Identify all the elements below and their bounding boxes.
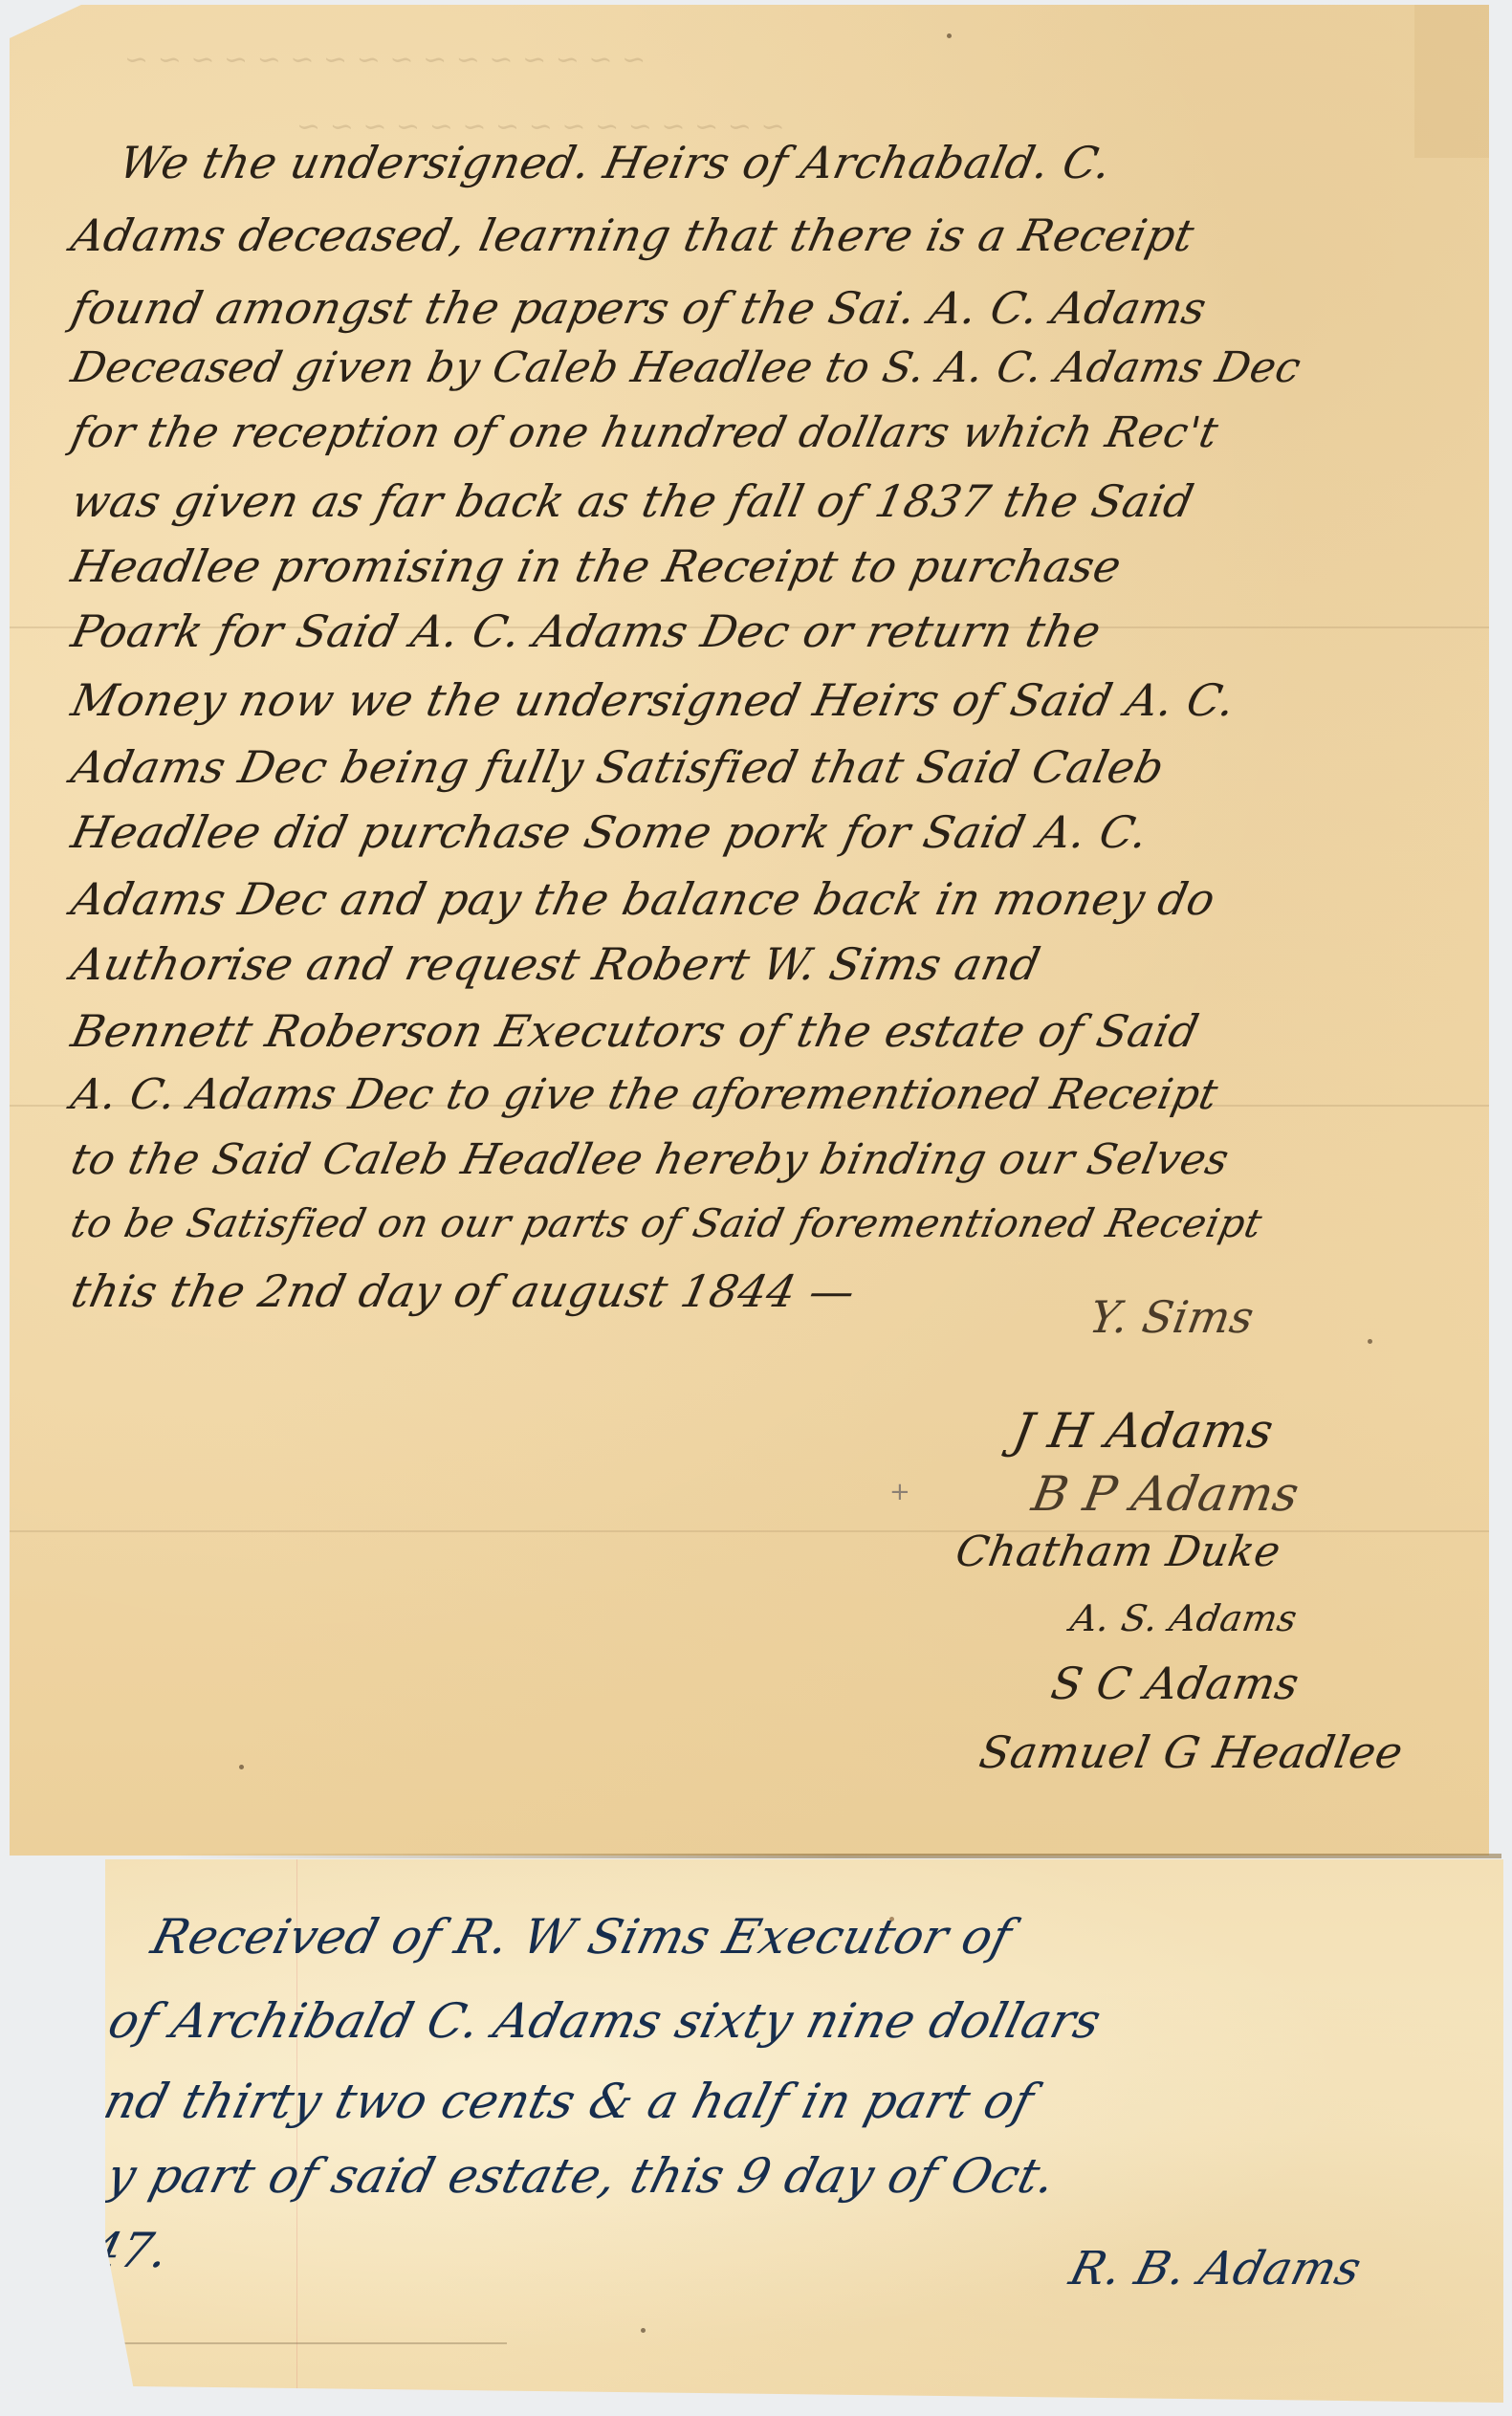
signature-b-p-adams: B P Adams <box>1028 1466 1304 1522</box>
pin-mark: + <box>889 1478 910 1506</box>
body-line-14: Bennett Roberson Executors of the estate… <box>67 1005 1203 1057</box>
sheet-junction <box>172 1854 1501 1858</box>
body-line-15: A. C. Adams Dec to give the aforemention… <box>67 1070 1222 1119</box>
body-line-4: Deceased given by Caleb Headlee to S. A.… <box>67 343 1305 392</box>
signature-j-h-adams: J H Adams <box>1009 1403 1278 1459</box>
body-line-9: Money now we the undersigned Heirs of Sa… <box>67 674 1240 726</box>
body-line-1: We the undersigned. Heirs of Archabald. … <box>115 137 1116 188</box>
receipt-line-1: Received of R. W Sims Executor of <box>146 1909 1018 1965</box>
signature-samuel-g-headlee: Samuel G Headlee <box>975 1726 1407 1778</box>
document-main-sheet: ~ ~ ~ ~ ~ ~ ~ ~ ~ ~ ~ ~ ~ ~ ~ ~ ~ ~ ~ ~ … <box>10 5 1489 1856</box>
receipt-signature-r-b-adams: R. B. Adams <box>1064 2242 1367 2295</box>
body-line-5: for the reception of one hundred dollars… <box>67 408 1222 457</box>
body-line-10: Adams Dec being fully Satisfied that Sai… <box>67 741 1169 793</box>
signature-a-s-adams: A. S. Adams <box>1067 1597 1301 1639</box>
body-line-17: to be Satisfied on our parts of Said for… <box>67 1200 1266 1246</box>
body-line-11: Headlee did purchase Some pork for Said … <box>67 806 1153 858</box>
body-line-16: to the Said Caleb Headlee hereby binding… <box>67 1135 1234 1184</box>
paper-discoloration <box>1414 5 1489 158</box>
body-line-7: Headlee promising in the Receipt to purc… <box>67 540 1126 592</box>
receipt-line-3: and thirty two cents & a half in part of <box>70 2074 1040 2129</box>
paper-speck <box>641 2328 646 2333</box>
body-line-3: found amongst the papers of the Sai. A. … <box>67 282 1212 334</box>
fold-line <box>105 2342 507 2344</box>
body-line-2: Adams deceased, learning that there is a… <box>67 209 1199 261</box>
body-line-12: Adams Dec and pay the balance back in mo… <box>67 873 1220 925</box>
body-line-6: was given as far back as the fall of 183… <box>67 475 1198 527</box>
signature-chatham-duke: Chatham Duke <box>953 1527 1285 1576</box>
receipt-year: 1847. <box>22 2223 175 2278</box>
receipt-sheet: Received of R. W Sims Executor of of Arc… <box>105 1859 1503 2403</box>
receipt-line-2: of Archibald C. Adams sixty nine dollars <box>103 1993 1107 2049</box>
receipt-line-4: my part of said estate, this 9 day of Oc… <box>55 2148 1062 2204</box>
paper-speck <box>889 1917 894 1922</box>
paper-speck <box>947 33 952 38</box>
signature-y-sims: Y. Sims <box>1085 1291 1258 1343</box>
bleed-through-text: ~ ~ ~ ~ ~ ~ ~ ~ ~ ~ ~ ~ ~ ~ ~ ~ <box>124 43 646 77</box>
paper-speck <box>239 1765 244 1769</box>
signature-s-c-adams: S C Adams <box>1047 1658 1303 1709</box>
body-line-8: Poark for Said A. C. Adams Dec or return… <box>67 605 1106 657</box>
body-line-13: Authorise and request Robert W. Sims and <box>67 938 1045 990</box>
body-line-18: this the 2nd day of august 1844 — <box>67 1265 860 1317</box>
paper-speck <box>1368 1339 1372 1344</box>
